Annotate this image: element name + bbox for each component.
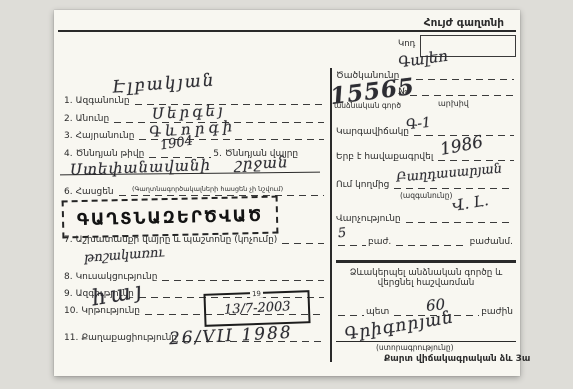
field-9-number: 9.	[64, 290, 73, 300]
date-stamp-handwriting: 13/7-2003	[223, 299, 290, 317]
dash-line	[410, 95, 514, 96]
dash-line	[406, 222, 514, 223]
field-1-value-handwriting: Էլբակյան	[111, 70, 216, 97]
registration-card: Հույժ գաղտնի Կոդ 1. Ազգանունը Էլբակյան 2…	[54, 10, 520, 376]
field-6-label: Հասցեն	[76, 188, 114, 198]
date-stamp-year-prefix: 19	[250, 290, 263, 298]
field-3-label: Հայրանունը	[76, 132, 135, 142]
dash-line	[119, 195, 324, 196]
field-7-label: Աշխատանքի վայրը և պաշտոնը (կոչումը)	[76, 236, 278, 246]
dash-line	[394, 188, 514, 189]
field-11-value-handwriting: 26/VII 1988	[169, 323, 294, 349]
department-row: Վարչությունը	[336, 215, 516, 225]
order-text-line1: Ձևակերպել անձնական գործը և	[350, 268, 503, 278]
order-text: Ձևակերպել անձնական գործը և վերցնել հաշվա…	[336, 269, 516, 288]
subdivision-label: բաժանմ.	[470, 238, 513, 248]
dash-line	[396, 245, 467, 246]
field-7-row: 7. Աշխատանքի վայրը և պաշտոնը (կոչումը)	[64, 236, 326, 246]
field-8-number: 8.	[64, 273, 73, 283]
signature-sublabel: (ստորագրությունը)	[376, 344, 454, 352]
section-divider-rule	[336, 260, 516, 263]
surname-sublabel: (ազգանունը)	[400, 192, 452, 200]
code-label: Կոդ	[398, 40, 415, 49]
dash-line	[282, 243, 324, 244]
chief-unit-label: բաժին	[481, 308, 513, 318]
dash-line	[404, 79, 514, 80]
declassified-stamp: ԳԱՂՏՆԱԶԵՐԾՎԱԾ	[62, 196, 279, 239]
secrecy-label: Հույժ գաղտնի	[424, 18, 504, 32]
scanned-document-page: { "colors":{"paper":"#f8f7f1","ink":"#2c…	[0, 0, 573, 389]
field-11-number: 11.	[64, 334, 78, 344]
personal-file-label: անձնական գործ	[334, 102, 401, 110]
column-divider	[330, 68, 332, 362]
chief-label: պետ	[366, 308, 389, 318]
dash-line	[338, 315, 364, 316]
archive-label: արխիվ	[438, 100, 469, 109]
category-label: Կարգավիճակը	[336, 128, 409, 138]
field-7-value-handwriting: թոշակառու	[84, 245, 166, 266]
field-2-label: Անունը	[76, 115, 110, 125]
dash-line	[162, 280, 324, 281]
field-6-note: (Գաղտնագործակալների հասցեն չի նշվում)	[132, 186, 283, 193]
signature-line	[336, 341, 516, 342]
dash-line	[338, 245, 366, 246]
field-6-number: 6.	[64, 188, 73, 198]
date-stamp-box: 19 13/7-2003	[203, 290, 310, 327]
field-1-label: Ազգանունը	[76, 97, 130, 107]
field-1-number: 1.	[64, 97, 73, 107]
field-3-number: 3.	[64, 132, 73, 142]
division-label: բաժ.	[368, 238, 391, 248]
declassified-stamp-text: ԳԱՂՏՆԱԶԵՐԾՎԱԾ	[77, 205, 264, 228]
order-text-line2: վերցնել հաշվառման	[378, 278, 475, 288]
division-row: բաժ. բաժանմ.	[336, 238, 516, 248]
field-10-label: Կրթությունը	[81, 307, 140, 317]
field-4-number: 4.	[64, 150, 73, 160]
field-2-number: 2.	[64, 115, 73, 125]
field-11-label: Քաղաքացիությունը	[81, 334, 177, 344]
field-10-number: 10.	[64, 307, 78, 317]
codename-handwriting: Գալեո	[397, 47, 449, 72]
archive-number-sign: №	[398, 88, 407, 98]
category-handwriting: Գ-1	[405, 115, 431, 134]
form-name-label: Քարտ վիճակագրական ձև 3ա	[384, 355, 530, 365]
department-label: Վարչությունը	[336, 215, 401, 225]
recruited-by-label: Ում կողմից	[336, 181, 389, 191]
field-7-number: 7.	[64, 236, 73, 246]
field-8-row: 8. Կուսակցությունը	[64, 273, 326, 283]
recruiter-initials-handwriting: Վ. Լ.	[451, 191, 490, 215]
dash-line	[438, 160, 514, 161]
recruited-label: Երբ է հավաքագրվել	[336, 153, 433, 163]
